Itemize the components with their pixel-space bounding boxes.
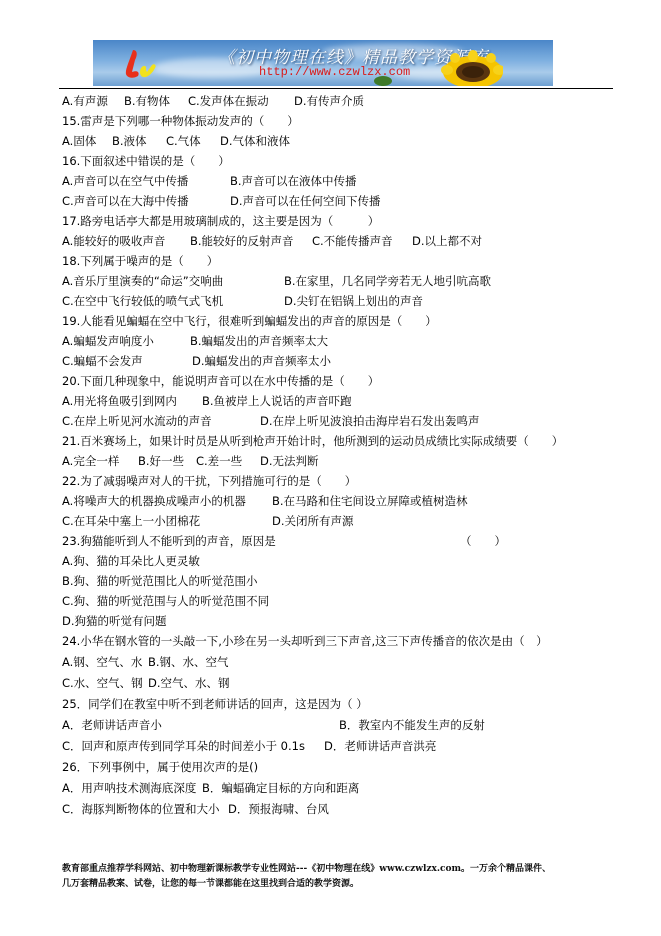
q19-stem: 19.人能看见蝙蝠在空中飞行，很难听到蝙蝠发出的声音的原因是（ ） — [62, 312, 437, 330]
q15-option-d: D.气体和液体 — [220, 132, 290, 150]
q16-option-b: B.声音可以在液体中传播 — [230, 172, 357, 190]
q15-stem: 15.雷声是下列哪一种物体振动发声的（ ） — [62, 112, 299, 130]
q18-stem: 18.下列属于噪声的是（ ） — [62, 252, 218, 270]
q25-option-c: C．回声和原声传到同学耳朵的时间差小于 0.1s — [62, 737, 305, 755]
q23-option-d: D.狗猫的听觉有问题 — [62, 612, 167, 630]
q23-stem: 23.狗猫能听到人不能听到的声音，原因是 — [62, 532, 276, 550]
q26-option-c: C．海豚判断物体的位置和大小 — [62, 800, 220, 818]
q19-option-a: A.蝙蝠发声响度小 — [62, 332, 154, 350]
q20-option-a: A.用光将鱼吸引到网内 — [62, 392, 177, 410]
q22-option-a: A.将噪声大的机器换成噪声小的机器 — [62, 492, 246, 510]
q14-option-a: A.有声源 — [62, 92, 108, 110]
q25-stem: 25．同学们在教室中听不到老师讲话的回声，这是因为（ ） — [62, 695, 368, 713]
q14-option-c: C.发声体在振动 — [188, 92, 269, 110]
q14-option-b: B.有物体 — [124, 92, 170, 110]
page-footer: 教育部重点推荐学科网站、初中物理新课标教学专业性网站---《初中物理在线》www… — [62, 862, 622, 892]
leaf-icon — [373, 74, 393, 86]
site-logo-icon — [123, 48, 163, 82]
q16-stem: 16.下面叙述中错误的是（ ） — [62, 152, 230, 170]
q24-option-a: A.钢、空气、水 — [62, 653, 142, 671]
q20-option-c: C.在岸上听见河水流动的声音 — [62, 412, 212, 430]
q24-option-d: D.空气、水、钢 — [148, 674, 230, 692]
q26-option-d: D．预报海啸、台风 — [228, 800, 329, 818]
q26-option-a: A．用声呐技术测海底深度 — [62, 779, 196, 797]
q22-option-c: C.在耳朵中塞上一小团棉花 — [62, 512, 200, 530]
q25-option-b: B．教室内不能发生声的反射 — [339, 716, 485, 734]
q18-option-b: B.在家里，几名同学旁若无人地引吭高歌 — [284, 272, 491, 290]
footer-line-2: 几万套精品教案、试卷，让您的每一节课都能在这里找到合适的教学资源。 — [62, 877, 622, 892]
q21-option-b: B.好一些 — [138, 452, 184, 470]
q17-option-b: B.能较好的反射声音 — [190, 232, 294, 250]
header-rule — [59, 88, 613, 89]
q20-stem: 20.下面几种现象中，能说明声音可以在水中传播的是（ ） — [62, 372, 379, 390]
q24-option-b: B.钢、水、空气 — [148, 653, 229, 671]
q16-option-a: A.声音可以在空气中传播 — [62, 172, 188, 190]
q19-option-d: D.蝙蝠发出的声音频率太小 — [192, 352, 331, 370]
q22-option-d: D.关闭所有声源 — [272, 512, 354, 530]
q23-stem-line: 23.狗猫能听到人不能听到的声音，原因是 （ ） — [62, 532, 622, 550]
q21-option-a: A.完全一样 — [62, 452, 119, 470]
q26-stem: 26．下列事例中，属于使用次声的是() — [62, 758, 258, 776]
q21-option-d: D.无法判断 — [260, 452, 319, 470]
q26-option-b: B．蝙蝠确定目标的方向和距离 — [202, 779, 359, 797]
q17-option-a: A.能较好的吸收声音 — [62, 232, 165, 250]
footer-line-1: 教育部重点推荐学科网站、初中物理新课标教学专业性网站---《初中物理在线》www… — [62, 862, 622, 877]
sunflower-icon — [433, 50, 503, 86]
q21-stem: 21.百米赛场上，如果计时员是从听到枪声开始计时，他所测到的运动员成绩比实际成绩… — [62, 432, 563, 450]
q25-option-d: D．老师讲话声音洪亮 — [324, 737, 436, 755]
q21-option-c: C.差一些 — [196, 452, 242, 470]
q17-option-d: D.以上都不对 — [412, 232, 482, 250]
q15-option-c: C.气体 — [166, 132, 201, 150]
q18-option-c: C.在空中飞行较低的喷气式飞机 — [62, 292, 223, 310]
q17-stem: 17.路旁电话亭大都是用玻璃制成的，这主要是因为（ ） — [62, 212, 379, 230]
q19-option-b: B.蝙蝠发出的声音频率太大 — [190, 332, 328, 350]
q14-option-d: D.有传声介质 — [294, 92, 364, 110]
q19-option-c: C.蝙蝠不会发声 — [62, 352, 143, 370]
q16-option-c: C.声音可以在大海中传播 — [62, 192, 189, 210]
q18-option-d: D.尖钉在铝锅上划出的声音 — [284, 292, 423, 310]
q24-option-c: C.水、空气、钢 — [62, 674, 143, 692]
q22-stem: 22.为了减弱噪声对人的干扰，下列措施可行的是（ ） — [62, 472, 356, 490]
q23-option-c: C.狗、猫的听觉范围与人的听觉范围不同 — [62, 592, 269, 610]
q17-option-c: C.不能传播声音 — [312, 232, 393, 250]
q24-stem: 24.小华在钢水管的一头敲一下,小珍在另一头却听到三下声音,这三下声传播音的依次… — [62, 632, 548, 650]
q22-option-b: B.在马路和住宅间设立屏障或植树造林 — [272, 492, 468, 510]
q23-option-b: B.狗、猫的听觉范围比人的听觉范围小 — [62, 572, 258, 590]
q18-option-a: A.音乐厅里演奏的“命运”交响曲 — [62, 272, 223, 290]
q16-option-d: D.声音可以在任何空间下传播 — [230, 192, 381, 210]
header-banner: 《初中物理在线》精品教学资源库 http://www.czwlzx.com — [93, 40, 553, 86]
q20-option-d: D.在岸上听见波浪拍击海岸岩石发出轰鸣声 — [260, 412, 480, 430]
q20-option-b: B.鱼被岸上人说话的声音吓跑 — [202, 392, 352, 410]
q25-option-a: A．老师讲话声音小 — [62, 716, 162, 734]
q15-option-a: A.固体 — [62, 132, 96, 150]
q15-option-b: B.液体 — [112, 132, 147, 150]
q23-answer-bracket: （ ） — [460, 532, 506, 550]
q23-option-a: A.狗、猫的耳朵比人更灵敏 — [62, 552, 200, 570]
